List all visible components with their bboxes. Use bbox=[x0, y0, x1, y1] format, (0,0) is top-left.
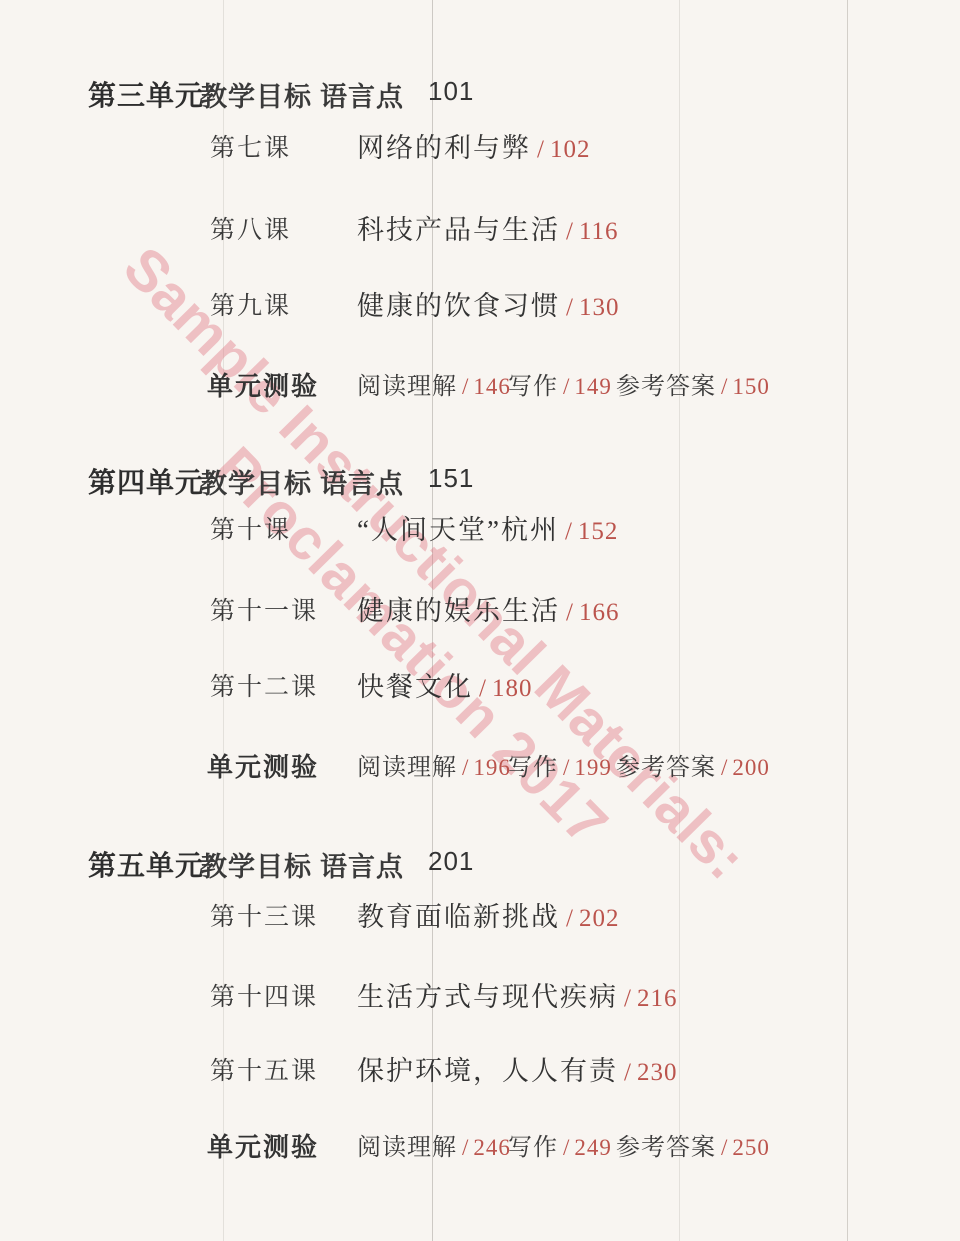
lesson-page-number: 116 bbox=[579, 218, 619, 245]
page-separator: / bbox=[462, 755, 468, 780]
unit-subtitle-objectives: 教学目标 bbox=[200, 75, 312, 114]
lesson-label: 第十四课 bbox=[210, 977, 318, 1013]
page-separator: / bbox=[721, 1135, 727, 1160]
unit-test-row: 单元测验 阅读理解/146 写作/149 参考答案/150 bbox=[0, 364, 960, 398]
lesson-label: 第九课 bbox=[210, 286, 291, 322]
lesson-label: 第七课 bbox=[210, 128, 291, 164]
lesson-entry: 教育面临新挑战/202 bbox=[357, 895, 619, 934]
lesson-page-number: 152 bbox=[578, 518, 619, 545]
test-page-number: 246 bbox=[473, 1135, 511, 1160]
page-separator: / bbox=[462, 374, 468, 399]
lesson-entry: 网络的利与弊/102 bbox=[357, 126, 590, 165]
lesson-page-number: 130 bbox=[579, 294, 620, 321]
lesson-label: 第十一课 bbox=[210, 591, 318, 627]
unit-test-label: 单元测验 bbox=[207, 747, 319, 784]
unit-subtitle-objectives: 教学目标 bbox=[200, 462, 312, 501]
lesson-title: 健康的饮食习惯 bbox=[357, 291, 560, 321]
page-separator: / bbox=[566, 218, 573, 245]
unit-subtitle-language-points: 语言点 bbox=[320, 75, 404, 114]
lesson-page-number: 180 bbox=[492, 675, 533, 702]
unit-subtitle-language-points: 语言点 bbox=[320, 845, 404, 884]
test-item-title: 参考答案 bbox=[616, 373, 716, 400]
lesson-title: 保护环境，人人有责 bbox=[357, 1056, 618, 1086]
page-separator: / bbox=[566, 905, 573, 932]
unit-test-row: 单元测验 阅读理解/196 写作/199 参考答案/200 bbox=[0, 745, 960, 779]
unit-header-row: 第四单元 教学目标 语言点 151 bbox=[0, 461, 960, 495]
test-item-title: 参考答案 bbox=[616, 1134, 716, 1161]
lesson-label: 第十课 bbox=[210, 510, 291, 546]
page-separator: / bbox=[479, 675, 486, 702]
page-separator: / bbox=[563, 1135, 569, 1160]
page-separator: / bbox=[566, 294, 573, 321]
test-item-answer-key: 参考答案/200 bbox=[616, 747, 770, 782]
lesson-title: 教育面临新挑战 bbox=[357, 902, 560, 932]
lesson-entry: 快餐文化/180 bbox=[357, 665, 532, 704]
unit-test-label: 单元测验 bbox=[207, 366, 319, 403]
test-item-writing: 写作/249 bbox=[508, 1127, 612, 1162]
lesson-entry: 科技产品与生活/116 bbox=[357, 208, 619, 247]
unit-page-number: 151 bbox=[428, 463, 474, 494]
lesson-title: 科技产品与生活 bbox=[357, 215, 560, 245]
page-separator: / bbox=[624, 1059, 631, 1086]
toc-lesson-row: 第十五课 保护环境，人人有责/230 bbox=[0, 1049, 960, 1083]
test-item-writing: 写作/149 bbox=[508, 366, 612, 401]
test-item-reading: 阅读理解/146 bbox=[357, 366, 511, 401]
test-item-title: 写作 bbox=[508, 754, 558, 781]
page-separator: / bbox=[566, 599, 573, 626]
toc-lesson-row: 第七课 网络的利与弊/102 bbox=[0, 126, 960, 160]
test-page-number: 200 bbox=[732, 755, 770, 780]
test-item-answer-key: 参考答案/150 bbox=[616, 366, 770, 401]
unit-test-row: 单元测验 阅读理解/246 写作/249 参考答案/250 bbox=[0, 1125, 960, 1159]
test-item-title: 阅读理解 bbox=[357, 1134, 457, 1161]
lesson-label: 第十二课 bbox=[210, 667, 318, 703]
lesson-page-number: 230 bbox=[637, 1059, 678, 1086]
test-page-number: 250 bbox=[732, 1135, 770, 1160]
lesson-title: “人间天堂”杭州 bbox=[357, 515, 559, 545]
toc-lesson-row: 第十一课 健康的娱乐生活/166 bbox=[0, 589, 960, 623]
lesson-page-number: 166 bbox=[579, 599, 620, 626]
test-item-title: 写作 bbox=[508, 1134, 558, 1161]
lesson-entry: 生活方式与现代疾病/216 bbox=[357, 975, 677, 1014]
test-page-number: 146 bbox=[473, 374, 511, 399]
lesson-title: 网络的利与弊 bbox=[357, 133, 531, 163]
lesson-label: 第八课 bbox=[210, 210, 291, 246]
toc-lesson-row: 第十二课 快餐文化/180 bbox=[0, 665, 960, 699]
test-page-number: 249 bbox=[574, 1135, 612, 1160]
test-item-title: 参考答案 bbox=[616, 754, 716, 781]
page-separator: / bbox=[563, 755, 569, 780]
lesson-page-number: 202 bbox=[579, 905, 620, 932]
lesson-title: 快餐文化 bbox=[357, 672, 473, 702]
toc-lesson-row: 第十三课 教育面临新挑战/202 bbox=[0, 895, 960, 929]
unit-title: 第三单元 bbox=[88, 74, 204, 114]
test-item-reading: 阅读理解/196 bbox=[357, 747, 511, 782]
page-separator: / bbox=[462, 1135, 468, 1160]
toc-lesson-row: 第十四课 生活方式与现代疾病/216 bbox=[0, 975, 960, 1009]
unit-title: 第四单元 bbox=[88, 461, 204, 501]
page-separator: / bbox=[721, 755, 727, 780]
unit-page-number: 101 bbox=[428, 76, 474, 107]
toc-lesson-row: 第九课 健康的饮食习惯/130 bbox=[0, 284, 960, 318]
unit-title: 第五单元 bbox=[88, 844, 204, 884]
test-item-answer-key: 参考答案/250 bbox=[616, 1127, 770, 1162]
test-item-title: 阅读理解 bbox=[357, 754, 457, 781]
lesson-label: 第十三课 bbox=[210, 897, 318, 933]
lesson-entry: 健康的娱乐生活/166 bbox=[357, 589, 619, 628]
toc-lesson-row: 第八课 科技产品与生活/116 bbox=[0, 208, 960, 242]
scanned-toc-page: Sample Instructional Materials: Proclama… bbox=[0, 0, 960, 1241]
lesson-title: 健康的娱乐生活 bbox=[357, 596, 560, 626]
test-item-title: 阅读理解 bbox=[357, 373, 457, 400]
lesson-label: 第十五课 bbox=[210, 1051, 318, 1087]
test-item-writing: 写作/199 bbox=[508, 747, 612, 782]
unit-subtitle-language-points: 语言点 bbox=[320, 462, 404, 501]
watermark-line1: Sample Instructional Materials: bbox=[110, 234, 759, 892]
unit-header-row: 第三单元 教学目标 语言点 101 bbox=[0, 74, 960, 108]
lesson-entry: 保护环境，人人有责/230 bbox=[357, 1049, 677, 1088]
lesson-page-number: 216 bbox=[637, 985, 678, 1012]
toc-lesson-row: 第十课 “人间天堂”杭州/152 bbox=[0, 508, 960, 542]
page-separator: / bbox=[624, 985, 631, 1012]
test-page-number: 199 bbox=[574, 755, 612, 780]
unit-test-label: 单元测验 bbox=[207, 1127, 319, 1164]
lesson-title: 生活方式与现代疾病 bbox=[357, 982, 618, 1012]
lesson-entry: “人间天堂”杭州/152 bbox=[357, 508, 618, 547]
page-separator: / bbox=[721, 374, 727, 399]
test-page-number: 150 bbox=[732, 374, 770, 399]
test-page-number: 196 bbox=[473, 755, 511, 780]
test-page-number: 149 bbox=[574, 374, 612, 399]
test-item-reading: 阅读理解/246 bbox=[357, 1127, 511, 1162]
unit-subtitle-objectives: 教学目标 bbox=[200, 845, 312, 884]
lesson-entry: 健康的饮食习惯/130 bbox=[357, 284, 619, 323]
page-separator: / bbox=[537, 136, 544, 163]
unit-page-number: 201 bbox=[428, 846, 474, 877]
test-item-title: 写作 bbox=[508, 373, 558, 400]
page-separator: / bbox=[565, 518, 572, 545]
lesson-page-number: 102 bbox=[550, 136, 591, 163]
page-separator: / bbox=[563, 374, 569, 399]
unit-header-row: 第五单元 教学目标 语言点 201 bbox=[0, 844, 960, 878]
